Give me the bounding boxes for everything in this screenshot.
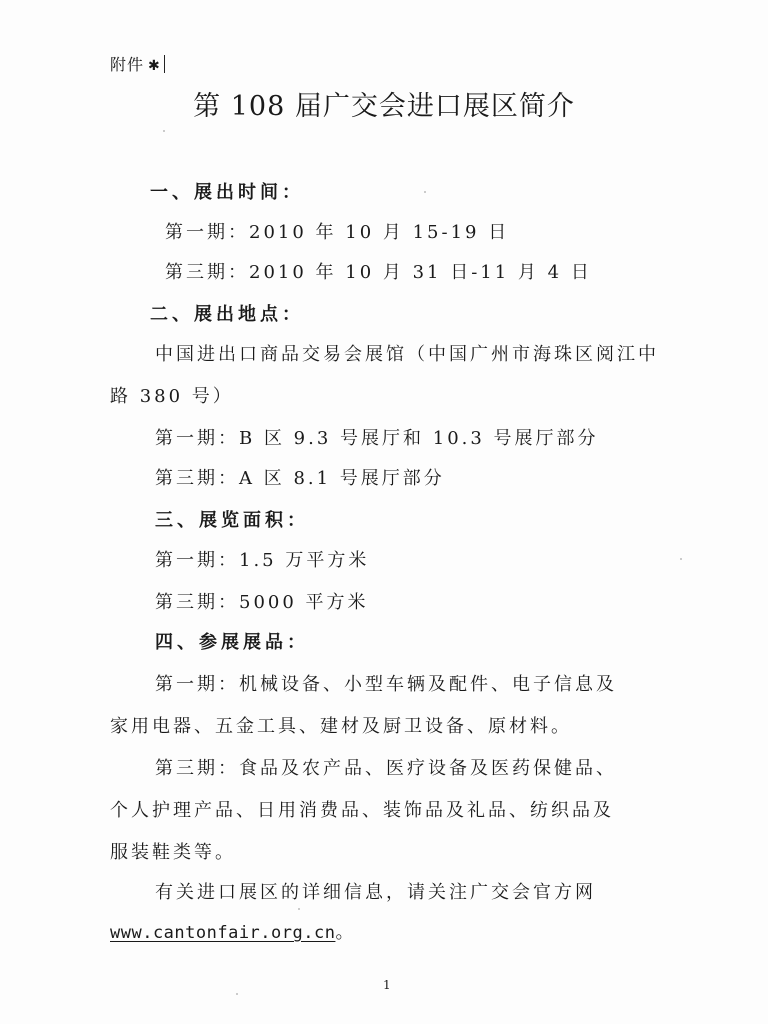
section-heading-area: 三、展览面积： (155, 506, 309, 532)
section-line: 第一期：机械设备、小型车辆及配件、电子信息及 (155, 670, 617, 696)
section-line: 第三期：5000 平方米 (155, 588, 369, 614)
end-punctuation: 。 (335, 922, 353, 943)
scan-speck (236, 993, 238, 995)
section-line: 中国进出口商品交易会展馆（中国广州市海珠区阅江中 (155, 340, 659, 366)
section-line: 个人护理产品、日用消费品、装饰品及礼品、纺织品及 (110, 796, 614, 822)
section-line: 第三期：A 区 8.1 号展厅部分 (155, 464, 445, 490)
section-line: 家用电器、五金工具、建材及厨卫设备、原材料。 (110, 712, 572, 738)
footer-note-text: 有关进口展区的详细信息，请关注广交会官方网 (155, 878, 596, 904)
section-line: 第一期：B 区 9.3 号展厅和 10.3 号展厅部分 (155, 424, 599, 450)
attachment-text: 附件 (110, 55, 144, 74)
section-line: 第三期：2010 年 10 月 31 日-11 月 4 日 (165, 258, 592, 284)
section-line: 路 380 号） (110, 382, 234, 408)
section-line: 第三期：食品及农产品、医疗设备及医药保健品、 (155, 754, 617, 780)
scan-speck (424, 191, 426, 193)
scan-speck (163, 130, 165, 132)
handwritten-mark-icon: ✱ (148, 58, 161, 74)
footer-note-url-line: www.cantonfair.org.cn。 (110, 918, 353, 944)
section-heading-location: 二、展出地点： (150, 300, 304, 326)
document-title: 第 108 届广交会进口展区简介 (0, 84, 768, 123)
website-link[interactable]: www.cantonfair.org.cn (110, 923, 335, 943)
section-line: 服装鞋类等。 (110, 838, 236, 864)
section-line: 第一期：2010 年 10 月 15-19 日 (165, 218, 509, 244)
attachment-label: 附件✱ (110, 52, 165, 75)
scan-speck (298, 908, 300, 910)
document-page: 附件✱ 第 108 届广交会进口展区简介 一、展出时间： 第一期：2010 年 … (0, 0, 768, 1024)
section-heading-time: 一、展出时间： (150, 178, 304, 204)
page-number: 1 (383, 978, 391, 992)
section-line: 第一期：1.5 万平方米 (155, 546, 369, 572)
scan-speck (680, 558, 682, 560)
section-heading-exhibits: 四、参展展品： (155, 628, 309, 654)
handwritten-stroke (164, 55, 166, 73)
